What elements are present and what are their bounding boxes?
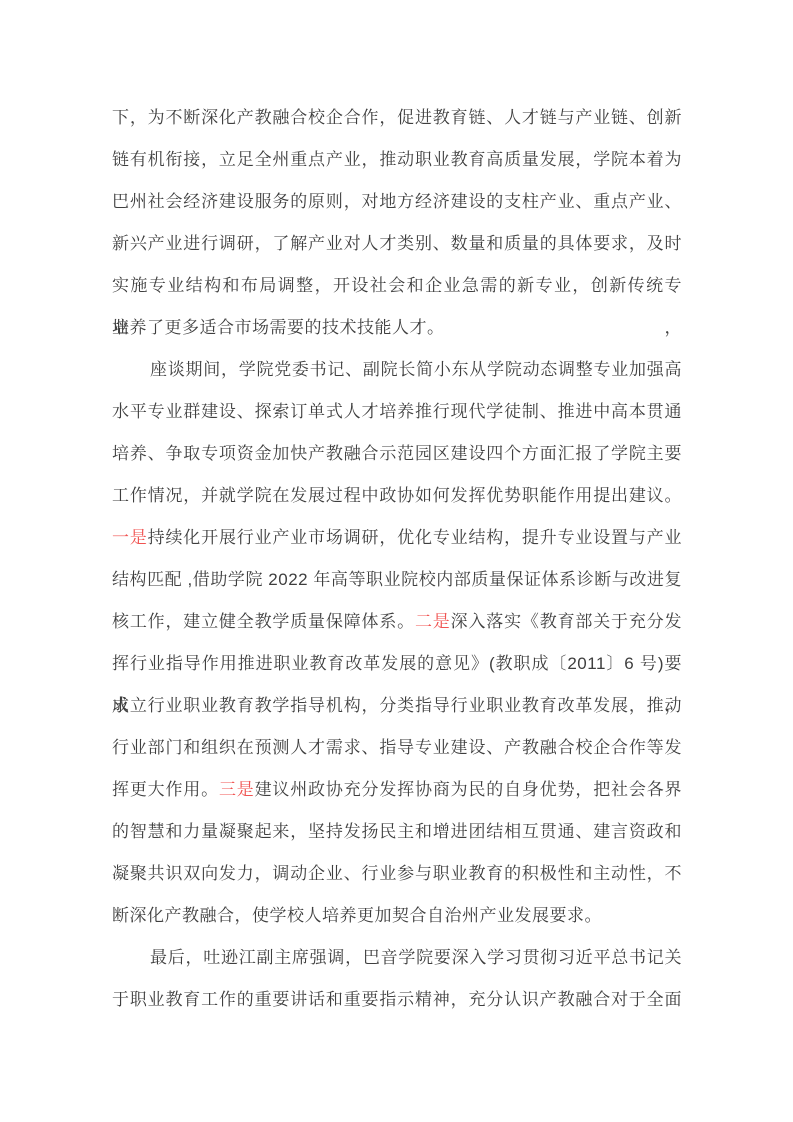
text-segment: 建议州政协充分发挥协商为民的自身优势，把社会各界 bbox=[255, 780, 682, 799]
text-line: 水平专业群建设、探索订单式人才培养推行现代学徒制、推进中高本贯通 bbox=[112, 391, 682, 433]
text-segment: 水平专业群建设、探索订单式人才培养推行现代学徒制、推进中高本贯通 bbox=[112, 402, 682, 421]
text-line: 培养、争取专项资金加快产教融合示范园区建设四个方面汇报了学院主要 bbox=[112, 433, 682, 475]
highlighted-text: 一是 bbox=[112, 528, 148, 547]
text-line: 行业部门和组织在预测人才需求、指导专业建设、产教融合校企合作等发 bbox=[112, 727, 682, 769]
text-segment: 成立行业职业教育教学指导机构，分类指导行业职业教育改革发展，推动 bbox=[112, 696, 682, 715]
paragraph: 座谈期间，学院党委书记、副院长简小东从学院动态调整专业加强高水平专业群建设、探索… bbox=[112, 349, 682, 937]
text-segment: 凝聚共识双向发力，调动企业、行业参与职业教育的积极性和主动性，不 bbox=[112, 864, 682, 883]
text-segment: 下，为不断深化产教融合校企合作，促进教育链、人才链与产业链、创新 bbox=[112, 108, 682, 127]
text-segment: 的智慧和力量凝聚起来，坚持发扬民主和增进团结相互贯通、建言资政和 bbox=[112, 822, 682, 841]
text-segment: 挥更大作用。 bbox=[112, 780, 219, 799]
document-body: 下，为不断深化产教融合校企合作，促进教育链、人才链与产业链、创新链有机衔接，立足… bbox=[112, 97, 682, 1021]
highlighted-text: 二是 bbox=[415, 612, 451, 631]
text-line: 挥更大作用。三是建议州政协充分发挥协商为民的自身优势，把社会各界 bbox=[112, 769, 682, 811]
text-line: 链有机衔接，立足全州重点产业，推动职业教育高质量发展，学院本着为 bbox=[112, 139, 682, 181]
text-segment: 最后，吐逊江副主席强调，巴音学院要深入学习贯彻习近平总书记关 bbox=[150, 948, 682, 967]
text-segment: 工作情况，并就学院在发展过程中政协如何发挥优势职能作用提出建议。 bbox=[112, 486, 682, 505]
text-segment: 培养、争取专项资金加快产教融合示范园区建设四个方面汇报了学院主要 bbox=[112, 444, 682, 463]
text-line: 最后，吐逊江副主席强调，巴音学院要深入学习贯彻习近平总书记关 bbox=[112, 937, 682, 979]
text-segment: 断深化产教融合，使学校人培养更加契合自治州产业发展要求。 bbox=[112, 906, 602, 925]
text-line: 挥行业指导作用推进职业教育改革发展的意见》(教职成〔2011〕6 号)要求， bbox=[112, 643, 682, 685]
text-segment: 持续化开展行业产业市场调研，优化专业结构，提升专业设置与产业 bbox=[148, 528, 682, 547]
text-segment: 培养了更多适合市场需要的技术技能人才。 bbox=[112, 318, 445, 337]
text-line: 结构匹配 ,借助学院 2022 年高等职业院校内部质量保证体系诊断与改进复 bbox=[112, 559, 682, 601]
text-segment: 深入落实《教育部关于充分发 bbox=[451, 612, 682, 631]
text-line: 座谈期间，学院党委书记、副院长简小东从学院动态调整专业加强高 bbox=[112, 349, 682, 391]
text-line: 新兴产业进行调研，了解产业对人才类别、数量和质量的具体要求，及时 bbox=[112, 223, 682, 265]
text-segment: 座谈期间，学院党委书记、副院长简小东从学院动态调整专业加强高 bbox=[150, 360, 682, 379]
highlighted-text: 三是 bbox=[219, 780, 255, 799]
text-segment: 结构匹配 ,借助学院 2022 年高等职业院校内部质量保证体系诊断与改进复 bbox=[112, 570, 682, 589]
text-line: 实施专业结构和布局调整，开设社会和企业急需的新专业，创新传统专业， bbox=[112, 265, 682, 307]
text-line: 一是持续化开展行业产业市场调研，优化专业结构，提升专业设置与产业 bbox=[112, 517, 682, 559]
text-segment: 于职业教育工作的重要讲话和重要指示精神，充分认识产教融合对于全面 bbox=[112, 990, 682, 1009]
text-line: 凝聚共识双向发力，调动企业、行业参与职业教育的积极性和主动性，不 bbox=[112, 853, 682, 895]
text-line: 成立行业职业教育教学指导机构，分类指导行业职业教育改革发展，推动 bbox=[112, 685, 682, 727]
text-segment: 行业部门和组织在预测人才需求、指导专业建设、产教融合校企合作等发 bbox=[112, 738, 682, 757]
document-page: 下，为不断深化产教融合校企合作，促进教育链、人才链与产业链、创新链有机衔接，立足… bbox=[0, 0, 793, 1122]
paragraph: 下，为不断深化产教融合校企合作，促进教育链、人才链与产业链、创新链有机衔接，立足… bbox=[112, 97, 682, 349]
paragraph: 最后，吐逊江副主席强调，巴音学院要深入学习贯彻习近平总书记关于职业教育工作的重要… bbox=[112, 937, 682, 1021]
text-segment: 核工作，建立健全教学质量保障体系。 bbox=[112, 612, 415, 631]
text-segment: 巴州社会经济建设服务的原则，对地方经济建设的支柱产业、重点产业、 bbox=[112, 192, 682, 211]
text-line: 于职业教育工作的重要讲话和重要指示精神，充分认识产教融合对于全面 bbox=[112, 979, 682, 1021]
text-line: 断深化产教融合，使学校人培养更加契合自治州产业发展要求。 bbox=[112, 895, 682, 937]
text-line: 下，为不断深化产教融合校企合作，促进教育链、人才链与产业链、创新 bbox=[112, 97, 682, 139]
text-line: 核工作，建立健全教学质量保障体系。二是深入落实《教育部关于充分发 bbox=[112, 601, 682, 643]
text-line: 的智慧和力量凝聚起来，坚持发扬民主和增进团结相互贯通、建言资政和 bbox=[112, 811, 682, 853]
text-segment: 链有机衔接，立足全州重点产业，推动职业教育高质量发展，学院本着为 bbox=[112, 150, 682, 169]
text-line: 工作情况，并就学院在发展过程中政协如何发挥优势职能作用提出建议。 bbox=[112, 475, 682, 517]
text-segment: 新兴产业进行调研，了解产业对人才类别、数量和质量的具体要求，及时 bbox=[112, 234, 682, 253]
text-line: 巴州社会经济建设服务的原则，对地方经济建设的支柱产业、重点产业、 bbox=[112, 181, 682, 223]
